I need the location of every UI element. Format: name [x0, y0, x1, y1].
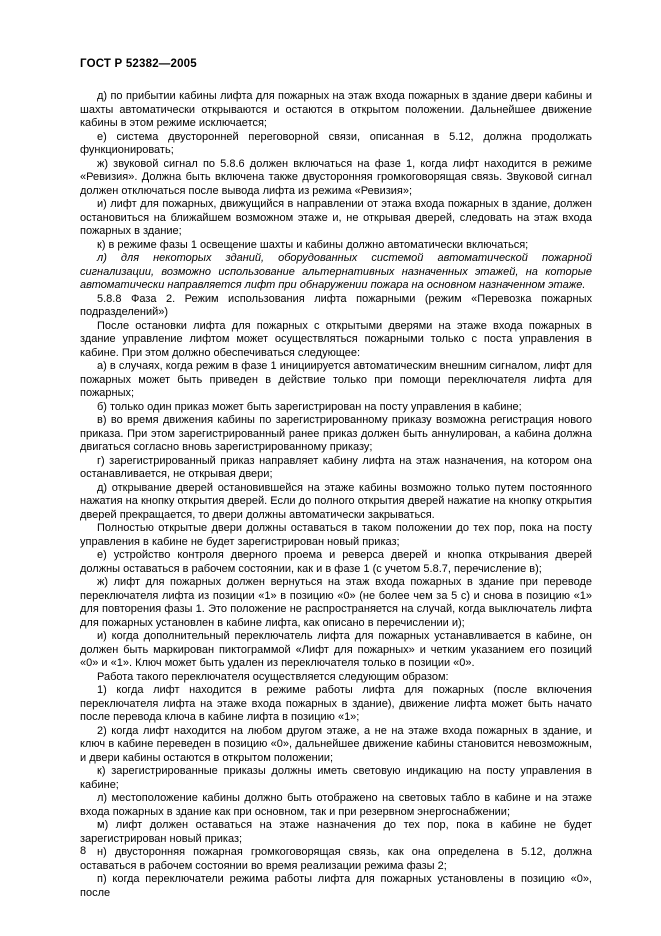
list-item-i2: и) когда дополнительный переключатель ли…	[80, 630, 592, 671]
list-item-zh: ж) звуковой сигнал по 5.8.6 должен включ…	[80, 158, 592, 199]
list-item-k2: к) зарегистрированные приказы должны име…	[80, 765, 592, 792]
list-item-e2: е) устройство контроля дверного проема и…	[80, 549, 592, 576]
list-item-i: и) лифт для пожарных, движущийся в напра…	[80, 198, 592, 239]
list-item-m: м) лифт должен оставаться на этаже назна…	[80, 819, 592, 846]
sublist-item-2: 2) когда лифт находится на любом другом …	[80, 725, 592, 766]
list-item-b: б) только один приказ может быть зарегис…	[80, 401, 592, 415]
list-item-d: д) по прибытии кабины лифта для пожарных…	[80, 90, 592, 131]
paragraph-doors-open: Полностью открытые двери должны оставать…	[80, 522, 592, 549]
document-header: ГОСТ Р 52382—2005	[80, 58, 197, 70]
paragraph-phase2-intro: После остановки лифта для пожарных с отк…	[80, 320, 592, 361]
list-item-k: к) в режиме фазы 1 освещение шахты и каб…	[80, 239, 592, 253]
document-body: д) по прибытии кабины лифта для пожарных…	[80, 90, 592, 900]
list-item-e: е) система двусторонней переговорной свя…	[80, 131, 592, 158]
list-item-g: г) зарегистрированный приказ направляет …	[80, 455, 592, 482]
list-item-l2: л) местоположение кабины должно быть ото…	[80, 792, 592, 819]
section-heading-5-8-8: 5.8.8 Фаза 2. Режим использования лифта …	[80, 293, 592, 320]
list-item-v: в) во время движения кабины по зарегистр…	[80, 414, 592, 455]
list-item-l-note: л) для некоторых зданий, оборудованных с…	[80, 252, 592, 293]
list-item-zh2: ж) лифт для пожарных должен вернуться на…	[80, 576, 592, 630]
page-number: 8	[80, 845, 86, 857]
list-item-d2: д) открывание дверей остановившейся на э…	[80, 482, 592, 523]
list-item-a: а) в случаях, когда режим в фазе 1 иници…	[80, 360, 592, 401]
list-item-p: п) когда переключатели режима работы лиф…	[80, 873, 592, 900]
document-page: ГОСТ Р 52382—2005 д) по прибытии кабины …	[0, 0, 661, 936]
paragraph-switch-operation: Работа такого переключателя осуществляет…	[80, 671, 592, 685]
list-item-n: н) двусторонняя пожарная громкоговорящая…	[80, 846, 592, 873]
sublist-item-1: 1) когда лифт находится в режиме работы …	[80, 684, 592, 725]
